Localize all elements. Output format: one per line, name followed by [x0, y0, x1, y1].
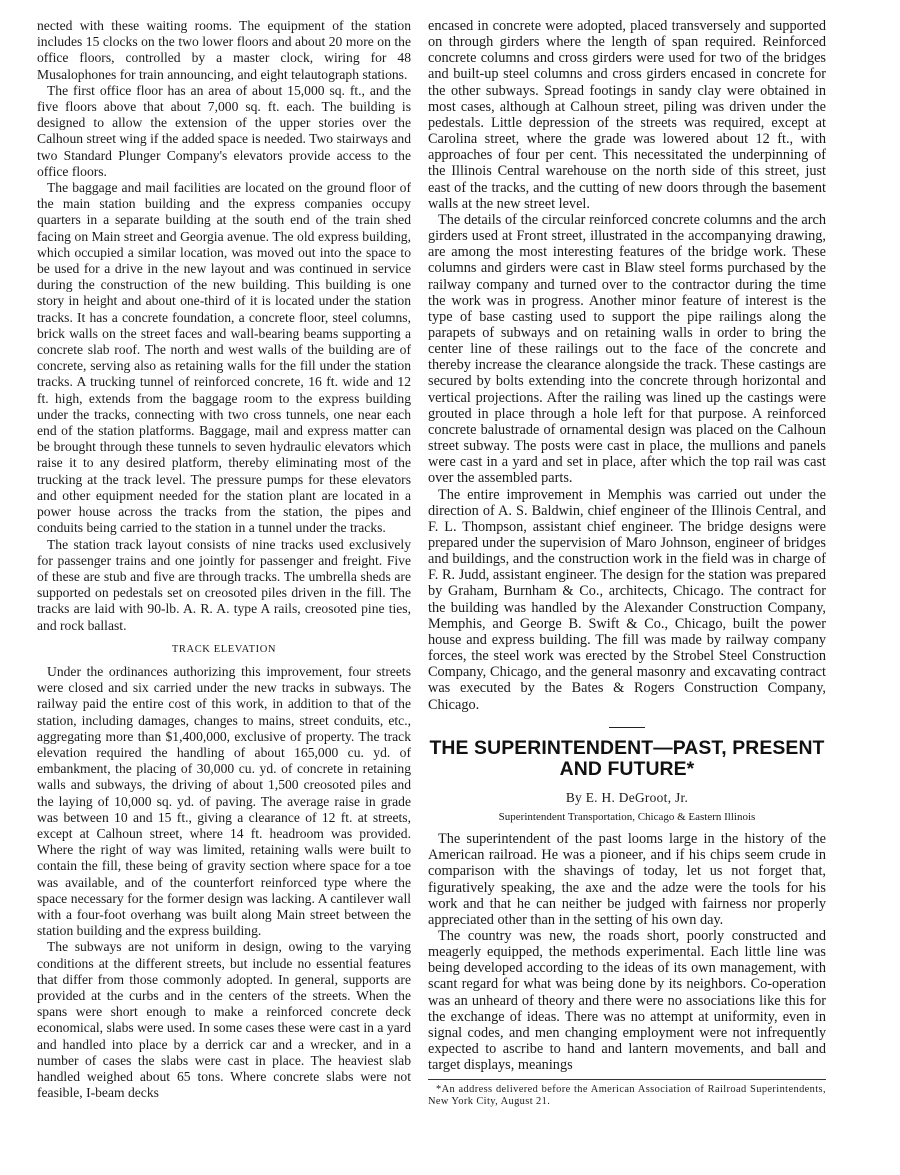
- byline-prefix: By: [566, 790, 582, 805]
- paragraph: The entire improvement in Memphis was ca…: [428, 487, 826, 713]
- right-column: encased in concrete were adopted, placed…: [428, 18, 826, 1107]
- byline-author: E. H. DeGroot, Jr.: [586, 790, 688, 805]
- paragraph: The superintendent of the past looms lar…: [428, 831, 826, 928]
- paragraph: The subways are not uniform in design, o…: [37, 939, 411, 1101]
- article-headline: THE SUPERINTENDENT—PAST, PRESENT AND FUT…: [428, 738, 826, 780]
- section-subheading: Track Elevation: [37, 642, 411, 658]
- paragraph: Under the ordinances authorizing this im…: [37, 664, 411, 939]
- paragraph: encased in concrete were adopted, placed…: [428, 18, 826, 212]
- article-separator-rule: [609, 727, 645, 728]
- footnote-rule: [428, 1079, 826, 1080]
- paragraph: The baggage and mail facilities are loca…: [37, 180, 411, 536]
- paragraph: The station track layout consists of nin…: [37, 537, 411, 634]
- paragraph: The first office floor has an area of ab…: [37, 83, 411, 180]
- author-affiliation: Superintendent Transportation, Chicago &…: [428, 809, 826, 825]
- paragraph: nected with these waiting rooms. The equ…: [37, 18, 411, 83]
- left-column: nected with these waiting rooms. The equ…: [37, 18, 411, 1101]
- article-byline: By E. H. DeGroot, Jr.: [428, 790, 826, 806]
- footnote: *An address delivered before the America…: [428, 1084, 826, 1107]
- paragraph: The country was new, the roads short, po…: [428, 928, 826, 1073]
- paragraph: The details of the circular reinforced c…: [428, 212, 826, 487]
- document-page: nected with these waiting rooms. The equ…: [0, 0, 900, 1175]
